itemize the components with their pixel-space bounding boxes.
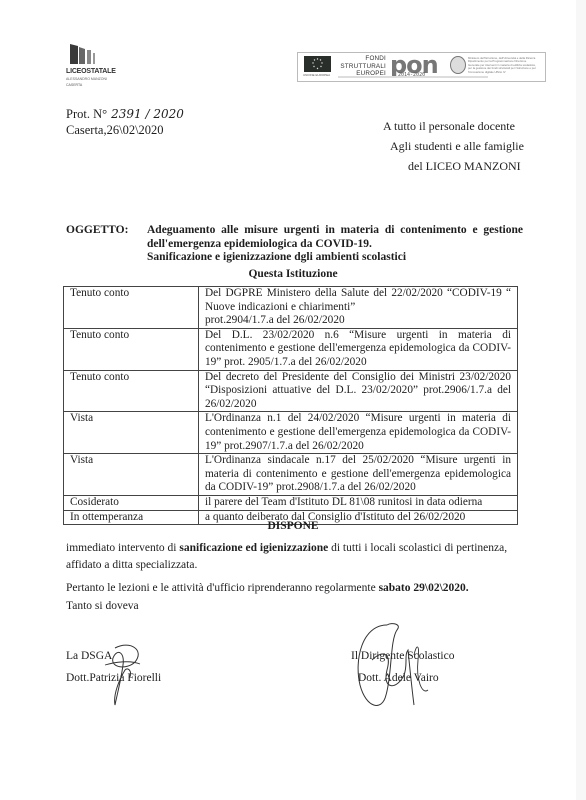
subject-label: OGGETTO:	[66, 224, 128, 238]
row-text-line: contenimento e gestione dell'emergenza e…	[205, 426, 511, 440]
eu-label: UNIONE EUROPEA	[303, 73, 330, 77]
italian-republic-emblem-icon	[450, 56, 466, 74]
paragraph-resume: Pertanto le lezioni e le attività d'uffi…	[66, 580, 536, 597]
text: affidato a ditta specializzata.	[66, 559, 197, 571]
text: immediato intervento di	[66, 542, 179, 554]
signature-dsga: La DSGA Dott.Patrizia Fiorelli	[66, 645, 161, 689]
row-text: L'Ordinanza n.1 del 24/02/2020 “Misure u…	[199, 412, 518, 454]
text: di tutti i locali scolastici di pertinen…	[328, 542, 507, 554]
place-date: Caserta,26\02\2020	[66, 122, 184, 138]
signature-role: La DSGA	[66, 645, 161, 667]
row-label: Tenuto conto	[64, 370, 199, 412]
ministry-text: Ministero dell'Istruzione, dell'Universi…	[468, 57, 538, 74]
row-label: Vista	[64, 454, 199, 496]
paragraph-closing: Tanto si doveva	[66, 598, 536, 615]
row-text-line: “Disposizioni attuative del D.L. 23/02/2…	[205, 384, 511, 398]
row-text-line: Del D.L. 23/02/2020 n.6 “Misure urgenti …	[205, 329, 511, 343]
protocol-number: 2391 / 2020	[111, 107, 184, 121]
fondi-strutturali-text: FONDI STRUTTURALI EUROPEI	[336, 55, 386, 78]
resume-date: sabato 29\02\2020.	[379, 582, 469, 594]
row-label: Cosiderato	[64, 495, 199, 510]
signature-principal: Il Dirigente Scolastico Dott. Adele Vair…	[351, 645, 454, 689]
institution-heading: Questa Istituzione	[0, 268, 586, 280]
subject-line: dell'emergenza epidemiologica da COVID-1…	[147, 238, 523, 252]
school-subtitle: ALESSANDRO MANZONI	[66, 77, 107, 81]
fondi-line: FONDI	[336, 55, 386, 63]
document-page: LICEOSTATALE ALESSANDRO MANZONI CASERTA …	[0, 0, 576, 800]
row-text-line: da CODIV-19” prot.2908/1.7.a del 26/02/2…	[205, 481, 511, 495]
recipient-line: Agli studenti e alle famiglie	[383, 136, 524, 156]
row-text-line: materia di contenimento e gestione dell'…	[205, 468, 511, 482]
row-text-line: Del DGPRE Ministero della Salute del 22/…	[205, 287, 511, 301]
table-row: Tenuto contoDel decreto del Presidente d…	[64, 370, 518, 412]
row-text-line: L'Ordinanza n.1 del 24/02/2020 “Misure u…	[205, 412, 511, 426]
protocol-block: Prot. N°2391 / 2020 Caserta,26\02\2020	[66, 106, 184, 138]
fondi-line: STRUTTURALI	[336, 63, 386, 71]
recipient-line: del LICEO MANZONI	[383, 156, 524, 176]
school-city: CASERTA	[66, 83, 82, 87]
row-text-line: 19” prot.2907/1.7.a del 26/02/2020	[205, 440, 511, 454]
banner-footer-line	[338, 76, 488, 78]
row-text-line: Del decreto del Presidente del Consiglio…	[205, 371, 511, 385]
subject-text: Adeguamento alle misure urgenti in mater…	[147, 224, 523, 265]
row-text-line: L'Ordinanza sindacale n.17 del 25/02/202…	[205, 454, 511, 468]
row-label: Vista	[64, 412, 199, 454]
decree-table: Tenuto contoDel DGPRE Ministero della Sa…	[63, 286, 518, 525]
row-text-line: contenimento e gestione dell'emergenza e…	[205, 342, 511, 356]
subject-line: Sanificazione e igienizzazione dgli ambi…	[147, 251, 523, 265]
eu-flag-icon	[304, 56, 331, 72]
dispone-heading: DISPONE	[0, 520, 586, 532]
recipient-line: A tutto il personale docente	[383, 116, 524, 136]
row-text: Del decreto del Presidente del Consiglio…	[199, 370, 518, 412]
row-text: Del DGPRE Ministero della Salute del 22/…	[199, 287, 518, 329]
pon-banner: UNIONE EUROPEA FONDI STRUTTURALI EUROPEI…	[297, 52, 546, 82]
row-text: il parere del Team d'Istituto DL 81\08 r…	[199, 495, 518, 510]
subject-line: Adeguamento alle misure urgenti in mater…	[147, 224, 523, 238]
signature-role: Il Dirigente Scolastico	[351, 645, 454, 667]
protocol-label: Prot. N°	[66, 107, 107, 121]
recipients: A tutto il personale docente Agli studen…	[383, 116, 524, 176]
row-text-line: prot.2904/1.7.a del 26/02/2020	[205, 314, 511, 328]
table-row: Tenuto contoDel DGPRE Ministero della Sa…	[64, 287, 518, 329]
table-row: Tenuto contoDel D.L. 23/02/2020 n.6 “Mis…	[64, 328, 518, 370]
row-text-line: 19” prot. 2905/1.7.a del 26/02/2020	[205, 356, 511, 370]
school-logo-icon	[70, 44, 100, 64]
table-row: VistaL'Ordinanza n.1 del 24/02/2020 “Mis…	[64, 412, 518, 454]
signature-name: Dott.Patrizia Fiorelli	[66, 667, 161, 689]
row-text-line: 26/02/2020	[205, 398, 511, 412]
row-label: Tenuto conto	[64, 287, 199, 329]
school-logo: LICEOSTATALE ALESSANDRO MANZONI CASERTA	[66, 44, 126, 96]
row-text: L'Ordinanza sindacale n.17 del 25/02/202…	[199, 454, 518, 496]
table-row: Cosideratoil parere del Team d'Istituto …	[64, 495, 518, 510]
school-name: LICEOSTATALE	[66, 68, 116, 75]
signature-name: Dott. Adele Vairo	[351, 667, 454, 689]
table-row: VistaL'Ordinanza sindacale n.17 del 25/0…	[64, 454, 518, 496]
row-text-line: Nuove indicazioni e chiarimenti”	[205, 301, 511, 315]
bold-text: sanificazione ed igienizzazione	[179, 542, 328, 554]
text: Pertanto le lezioni e le attività d'uffi…	[66, 582, 379, 594]
row-text: Del D.L. 23/02/2020 n.6 “Misure urgenti …	[199, 328, 518, 370]
row-text-line: il parere del Team d'Istituto DL 81\08 r…	[205, 496, 511, 510]
row-label: Tenuto conto	[64, 328, 199, 370]
paragraph-intervention: immediato intervento di sanificazione ed…	[66, 540, 536, 574]
